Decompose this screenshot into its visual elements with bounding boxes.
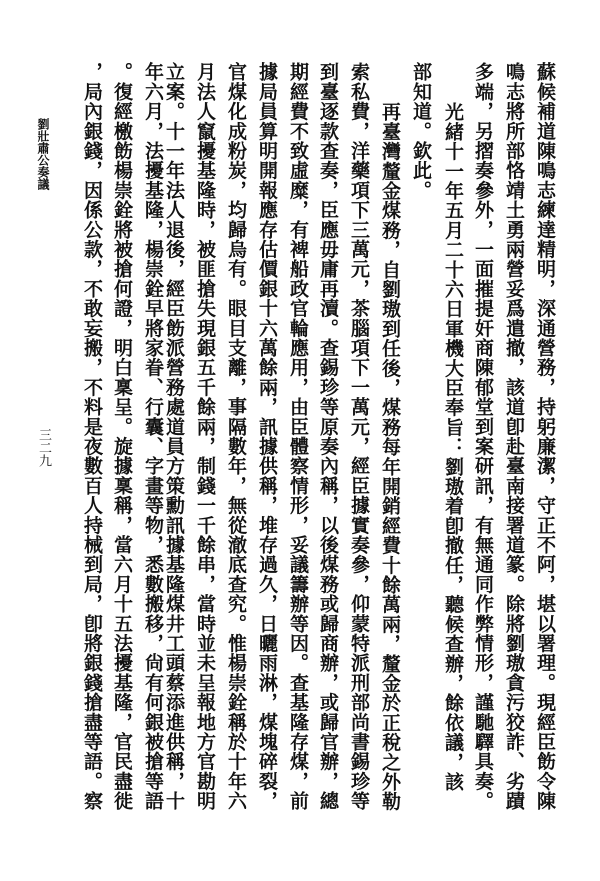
book-page: 蘇候補道陳鳴志練達精明，深通營務，持躬廉潔，守正不阿，堪以署理。現經臣飭令陳 鳴… <box>0 0 600 881</box>
text-column-2: 鳴志將所部恪靖土勇兩營妥爲遣撤，該道卽赴臺南接署道篆。除將劉璈貪污狡詐、劣蹟 <box>501 62 527 811</box>
text-column-12: 月法人竄擾基隆時，被匪搶失現銀五千餘兩，制錢一千餘串，當時並未呈報地方官勘明 <box>192 62 218 811</box>
text-column-4: 光緒十一年五月二十六日軍機大臣奉旨：劉璈着卽撤任，聽候查辦，餘依議，該 <box>440 102 466 792</box>
text-column-8: 到臺逐款查奏，臣應毋庸再瀆。查錫珍等原奏內稱，以後煤務或歸商辦，或歸官辦，總 <box>315 62 341 811</box>
text-column-5: 部知道。欽此。 <box>408 62 434 200</box>
text-column-15: 。復經檄飭楊崇銓將被搶何證，明白稟呈。旋據稟稱，當六月十五法擾基隆，官民盡徙 <box>109 62 135 811</box>
text-column-9: 期經費不致虛糜，有裨船政官輪應用，由臣體察情形，妥議籌辦等因。查基隆存煤，前 <box>285 62 311 811</box>
text-column-1: 蘇候補道陳鳴志練達精明，深通營務，持躬廉潔，守正不阿，堪以署理。現經臣飭令陳 <box>532 62 558 811</box>
text-column-10: 據局員算明開報應存估價銀十六萬餘兩，訊據供稱，堆存過久，日曬雨淋，煤塊碎裂， <box>254 62 280 811</box>
text-column-6: 再臺灣釐金煤務，自劉璈到任後，煤務每年開銷經費十餘萬兩，釐金於正稅之外勒 <box>377 102 403 811</box>
text-column-7: 索私費，洋藥項下三萬元，茶腦項下一萬元，經臣據實奏參，仰蒙特派刑部尚書錫珍等 <box>346 62 372 811</box>
text-column-14: 年六月，法擾基隆，楊崇銓早將家眷、行囊、字畫等物，悉數搬移，尙有何銀被搶等語 <box>140 62 166 811</box>
running-book-title: 劉壯肅公奏議 <box>36 118 50 190</box>
text-column-16: ，局內銀錢，因係公款，不敢妄搬，不料是夜數百人持械到局，卽將銀錢搶盡等語。察 <box>79 62 105 811</box>
page-number: 三二九 <box>36 428 50 467</box>
text-column-11: 官煤化成粉炭，均歸烏有。眼目支離，事隔數年，無從澈底查究。惟楊崇銓稱於十年六 <box>223 62 249 811</box>
text-column-3: 多端，另摺奏參外，一面摧提奸商陳郁堂到案研訊，有無通同作弊情形，謹馳驛具奏。 <box>470 62 496 811</box>
